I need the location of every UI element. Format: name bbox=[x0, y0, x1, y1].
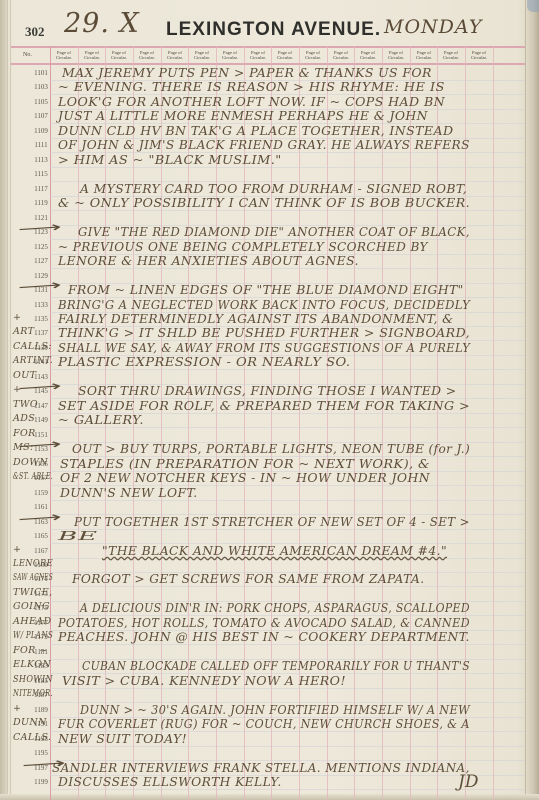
row-rule bbox=[50, 268, 525, 269]
page-of-circular-header: Page of Circular. bbox=[189, 50, 216, 60]
margin-arrow-icon: ⟶ bbox=[16, 437, 65, 456]
row-rule bbox=[50, 688, 525, 689]
page-of-circular-header: Page of Circular. bbox=[134, 50, 161, 60]
margin-note: LENORE bbox=[13, 558, 53, 569]
margin-note: + bbox=[13, 544, 21, 555]
entry-line: BE bbox=[58, 528, 98, 543]
row-rule bbox=[50, 500, 525, 501]
page-of-circular-header: Page of Circular. bbox=[438, 50, 465, 60]
margin-note: TWO bbox=[13, 399, 38, 410]
line-number: 1117 bbox=[28, 185, 54, 193]
line-number: 1189 bbox=[28, 706, 54, 714]
margin-note: &ST. ABLE. bbox=[13, 471, 53, 482]
margin-note: CALLS. bbox=[13, 732, 51, 743]
margin-note: TWICE, bbox=[13, 587, 52, 598]
row-rule bbox=[50, 369, 525, 370]
margin-note: + bbox=[13, 312, 21, 323]
line-number: 1103 bbox=[28, 83, 54, 91]
entry-line: PLASTIC EXPRESSION - OR NEARLY SO. bbox=[58, 354, 350, 369]
margin-note: DUNN bbox=[13, 717, 47, 728]
margin-note: SHOWIN bbox=[13, 674, 53, 685]
page-of-circular-header: Page of Circular. bbox=[411, 50, 438, 60]
entry-line: SHALL WE SAY, & AWAY FROM ITS SUGGESTION… bbox=[58, 340, 470, 355]
row-rule bbox=[50, 644, 525, 645]
artwork-title-line: "THE BLACK AND WHITE AMERICAN DREAM #4." bbox=[102, 543, 447, 558]
page-of-circular-header: Page of Circular. bbox=[383, 50, 410, 60]
margin-arrow-icon: ⟶ bbox=[16, 509, 65, 528]
margin-note: DOWN bbox=[13, 457, 48, 468]
entry-line: OF JOHN & JIM'S BLACK FRIEND GRAY. HE AL… bbox=[58, 137, 470, 152]
entry-line: FAIRLY DETERMINEDLY AGAINST ITS ABANDONM… bbox=[58, 311, 453, 326]
page-of-circular-header: Page of Circular. bbox=[355, 50, 382, 60]
margin-arrow-icon: ⟶ bbox=[16, 277, 65, 296]
margin-note: ART bbox=[13, 326, 34, 337]
entry-line: OF 2 NEW NOTCHER KEYS - IN ~ HOW UNDER J… bbox=[60, 470, 430, 485]
line-number: 1135 bbox=[28, 315, 54, 323]
margin-note: NITEMOR. bbox=[13, 688, 53, 699]
entry-line: LENORE & HER ANXIETIES ABOUT AGNES. bbox=[58, 253, 359, 268]
entry-line: ~ EVENING. THERE IS REASON > HIS RHYME: … bbox=[58, 79, 445, 94]
entry-line: STAPLES (IN PREPARATION FOR ~ NEXT WORK)… bbox=[60, 456, 430, 471]
line-number: 1101 bbox=[28, 69, 54, 77]
line-number: 1125 bbox=[28, 243, 54, 251]
margin-note: ELKON bbox=[13, 659, 51, 670]
line-number: 1113 bbox=[28, 156, 54, 164]
entry-line: SANDLER INTERVIEWS FRANK STELLA. MENTION… bbox=[52, 760, 470, 775]
entry-line: MAX JEREMY PUTS PEN > PAPER & THANKS US … bbox=[62, 65, 432, 80]
page-of-circular-header: Page of Circular. bbox=[272, 50, 299, 60]
margin-note: GOING bbox=[13, 601, 50, 612]
line-number: 1115 bbox=[28, 170, 54, 178]
page-of-circular-header: Page of Circular. bbox=[79, 50, 106, 60]
margin-note: ARTINT. bbox=[13, 355, 53, 366]
entry-line: DUNN > ~ 30'S AGAIN. JOHN FORTIFIED HIMS… bbox=[80, 702, 470, 717]
page-of-circular-header: Page of Circular. bbox=[106, 50, 133, 60]
entry-line: A DELICIOUS DIN'R IN: PORK CHOPS, ASPARA… bbox=[80, 600, 470, 615]
row-rule bbox=[50, 558, 525, 559]
row-rule bbox=[50, 167, 525, 168]
line-number: 1127 bbox=[28, 257, 54, 265]
page-of-circular-header: Page of Circular. bbox=[162, 50, 189, 60]
entry-line: THINK'G > IT SHLD BE PUSHED FURTHER > SI… bbox=[58, 325, 470, 340]
page-of-circular-header: Page of Circular. bbox=[466, 50, 493, 60]
entry-line: DISCUSSES ELLSWORTH KELLY. bbox=[58, 774, 282, 789]
entry-line: FORGOT > GET SCREWS FOR SAME FROM ZAPATA… bbox=[72, 571, 425, 586]
page-right-edge-line bbox=[525, 0, 526, 800]
entry-line: LOOK'G FOR ANOTHER LOFT NOW. IF ~ COPS H… bbox=[58, 94, 445, 109]
entry-line: A MYSTERY CARD TOO FROM DURHAM - SIGNED … bbox=[80, 181, 467, 196]
number-column-header: No. bbox=[23, 52, 32, 58]
page-title: LEXINGTON AVENUE. bbox=[166, 19, 381, 41]
entry-line: GIVE "THE RED DIAMOND DIE" ANOTHER COAT … bbox=[78, 224, 470, 239]
entry-line: SET ASIDE FOR ROLF, & PREPARED THEM FOR … bbox=[58, 398, 470, 413]
page-of-circular-header: Page of Circular. bbox=[217, 50, 244, 60]
line-number: 1167 bbox=[28, 547, 54, 555]
entry-line: FROM ~ LINEN EDGES OF "THE BLUE DIAMOND … bbox=[68, 282, 464, 297]
page-right-edge bbox=[525, 0, 539, 800]
line-number: 1109 bbox=[28, 127, 54, 135]
page-number: 302 bbox=[25, 24, 45, 40]
entry-line: ~ GALLERY. bbox=[58, 412, 144, 427]
line-number: 1133 bbox=[28, 301, 54, 309]
page-of-circular-header: Page of Circular. bbox=[245, 50, 272, 60]
entry-line: BRING'G A NEGLECTED WORK BACK INTO FOCUS… bbox=[58, 297, 470, 312]
row-rule bbox=[50, 529, 525, 530]
binding-edge bbox=[0, 0, 8, 800]
entry-line: JUST A LITTLE MORE ENMESH PERHAPS HE & J… bbox=[58, 108, 428, 123]
margin-note: AHEAD bbox=[13, 616, 52, 627]
row-rule bbox=[50, 789, 525, 790]
signature: JD bbox=[458, 772, 478, 792]
line-number: 1199 bbox=[28, 778, 54, 786]
entry-line: FUR COVERLET (RUG) FOR ~ COUCH, NEW CHUR… bbox=[58, 716, 470, 731]
line-number: 1111 bbox=[28, 141, 54, 149]
ledger-page: 302 29. X LEXINGTON AVENUE. MONDAY No. P… bbox=[0, 0, 539, 800]
page-corner-tab bbox=[527, 0, 539, 12]
entry-line: PEACHES. JOHN @ HIS BEST IN ~ COOKERY DE… bbox=[58, 629, 470, 644]
handwritten-date: 29. X bbox=[64, 8, 140, 39]
page-of-circular-header: Page of Circular. bbox=[328, 50, 355, 60]
entry-line: OUT > BUY TURPS, PORTABLE LIGHTS, NEON T… bbox=[72, 441, 470, 456]
margin-note: SAW AGNES bbox=[13, 572, 53, 583]
entry-line: ~ PREVIOUS ONE BEING COMPLETELY SCORCHED… bbox=[58, 239, 428, 254]
margin-note: + bbox=[13, 703, 21, 714]
margin-note: W/ PLANS bbox=[13, 630, 53, 641]
row-rule bbox=[50, 746, 525, 747]
binding-line bbox=[10, 0, 11, 800]
row-rule bbox=[50, 210, 525, 211]
entry-line: > HIM AS ~ "BLACK MUSLIM." bbox=[58, 152, 282, 167]
entry-line: PUT TOGETHER 1ST STRETCHER OF NEW SET OF… bbox=[74, 514, 470, 529]
row-rule bbox=[50, 427, 525, 428]
page-of-circular-header: Page of Circular. bbox=[300, 50, 327, 60]
line-number: 1165 bbox=[28, 532, 54, 540]
entry-line: DUNN'S NEW LOFT. bbox=[60, 485, 198, 500]
entry-line: DUNN CLD HV BN TAK'G A PLACE TOGETHER, I… bbox=[58, 123, 453, 138]
row-rule bbox=[50, 586, 525, 587]
line-number: 1105 bbox=[28, 98, 54, 106]
handwritten-day: MONDAY bbox=[384, 16, 482, 38]
margin-arrow-icon: ⟶ bbox=[16, 219, 65, 238]
margin-note: CALLS: bbox=[13, 341, 52, 352]
entry-line: POTATOES, HOT ROLLS, TOMATO & AVOCADO SA… bbox=[58, 615, 470, 630]
column-header-row: No. Page of Circular.Page of Circular.Pa… bbox=[11, 48, 525, 63]
margin-arrow-icon: ⟶ bbox=[16, 379, 65, 398]
line-number: 1159 bbox=[28, 489, 54, 497]
margin-note: FOR ~ bbox=[13, 645, 48, 656]
entry-line: VISIT > CUBA. KENNEDY NOW A HERO! bbox=[62, 673, 346, 688]
entry-line: CUBAN BLOCKADE CALLED OFF TEMPORARILY FO… bbox=[82, 658, 470, 673]
page-of-circular-header: Page of Circular. bbox=[51, 50, 78, 60]
entry-line: SORT THRU DRAWINGS, FINDING THOSE I WANT… bbox=[78, 383, 457, 398]
entry-line: NEW SUIT TODAY! bbox=[58, 731, 187, 746]
line-number: 1107 bbox=[28, 112, 54, 120]
entry-line: & ~ ONLY POSSIBILITY I CAN THINK OF IS B… bbox=[58, 195, 470, 210]
page-bottom-edge bbox=[0, 794, 539, 800]
margin-note: ADS bbox=[13, 413, 35, 424]
line-number: 1119 bbox=[28, 199, 54, 207]
